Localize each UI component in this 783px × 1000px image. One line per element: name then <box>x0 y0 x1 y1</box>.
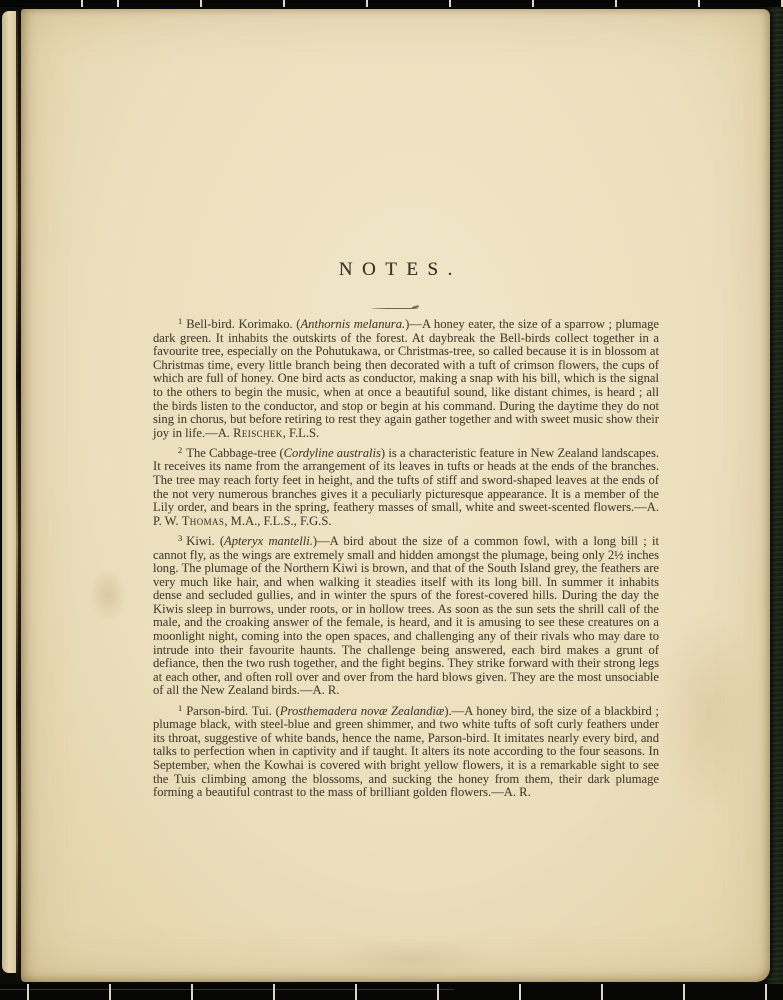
species-latin-name: Apteryx mantelli. <box>224 534 313 548</box>
title-divider-rule <box>372 308 418 309</box>
scale-ruler-bottom <box>0 984 783 1000</box>
note-lead: Kiwi. ( <box>186 534 224 548</box>
paper-stain <box>331 939 491 979</box>
book-page: NOTES. 1Bell-bird. Korimako. (Anthornis … <box>21 9 770 982</box>
species-latin-name: Prosthemadera novæ Zealandiæ <box>280 704 444 718</box>
note-author: Thomas <box>182 514 225 528</box>
note-lead: Parson-bird. Tui. ( <box>186 704 280 718</box>
note-paragraph-cabbage-tree: 2The Cabbage-tree (Cordyline australis) … <box>153 447 659 529</box>
species-latin-name: Anthornis melanura. <box>300 317 405 331</box>
note-author: Reischek <box>233 426 283 440</box>
species-latin-name: Cordyline australis <box>284 446 381 460</box>
page-title: NOTES. <box>21 259 770 281</box>
note-paragraph-bell-bird: 1Bell-bird. Korimako. (Anthornis melanur… <box>153 318 659 440</box>
note-paragraph-kiwi: 3Kiwi. (Apteryx mantelli.)—A bird about … <box>153 535 659 698</box>
note-body: )—A bird about the size of a common fowl… <box>153 534 659 698</box>
footnote-number: 1 <box>178 316 186 326</box>
paper-stain <box>659 609 759 819</box>
note-paragraph-parson-bird: 1Parson-bird. Tui. (Prosthemadera novæ Z… <box>153 705 659 800</box>
footnote-number: 2 <box>178 445 186 455</box>
paper-stain <box>89 569 127 621</box>
notes-text-block: 1Bell-bird. Korimako. (Anthornis melanur… <box>153 318 659 800</box>
scale-ruler-top <box>0 0 783 7</box>
footnote-number: 1 <box>178 703 186 713</box>
note-author-credentials: , F.L.S. <box>283 426 319 440</box>
note-lead: The Cabbage-tree ( <box>186 446 283 460</box>
note-author-credentials: , M.A., F.L.S., F.G.S. <box>224 514 331 528</box>
photographed-book-spread: NOTES. 1Bell-bird. Korimako. (Anthornis … <box>0 0 783 1000</box>
note-body: ).—A honey bird, the size of a blackbird… <box>153 704 659 800</box>
note-body: )—A honey eater, the size of a sparrow ;… <box>153 317 659 440</box>
note-lead: Bell-bird. Korimako. ( <box>186 317 300 331</box>
footnote-number: 3 <box>178 533 186 543</box>
